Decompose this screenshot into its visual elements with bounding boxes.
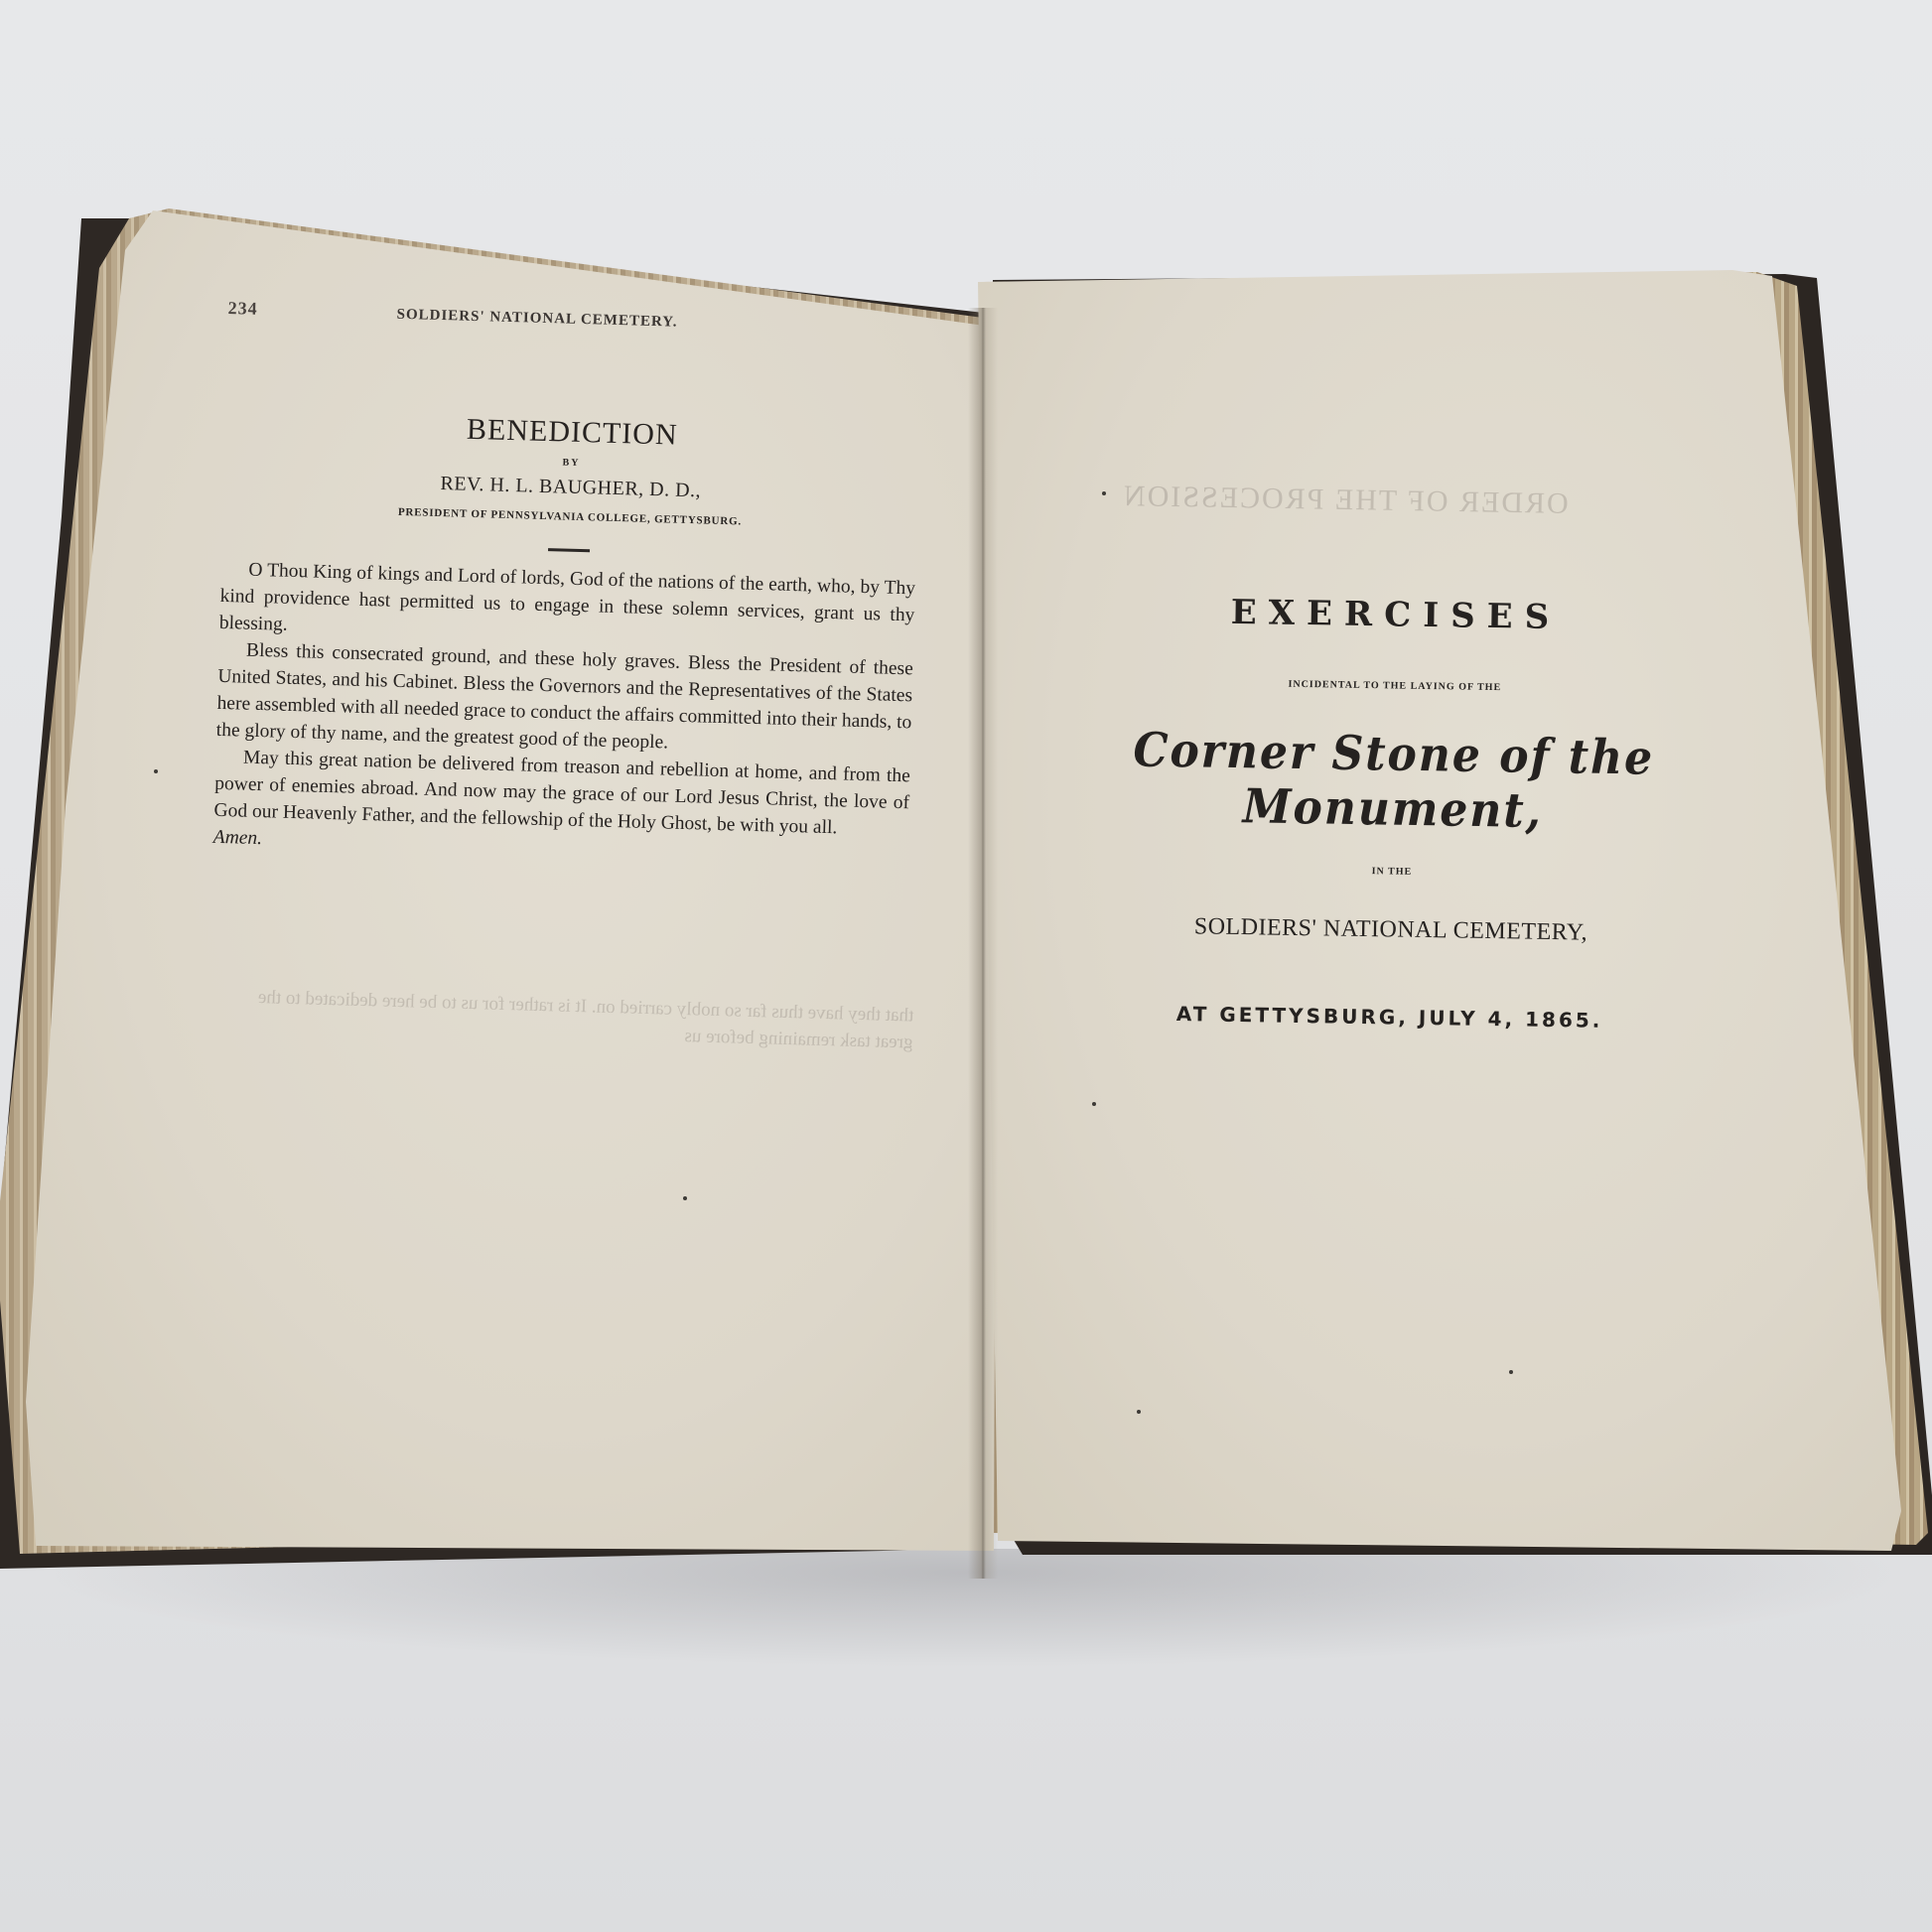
page-number: 234 <box>227 298 258 320</box>
paper-speck <box>1137 1410 1141 1414</box>
book-gutter <box>968 308 998 1579</box>
exercises-title: EXERCISES <box>1048 590 1744 640</box>
photo-scene: that they have thus far so nobly carried… <box>0 0 1932 1932</box>
paper-speck <box>154 769 158 773</box>
exercises-subtitle: INCIDENTAL TO THE LAYING OF THE <box>1047 675 1742 697</box>
running-head-title: SOLDIERS' NATIONAL CEMETERY. <box>396 307 677 332</box>
exercises-title-page: EXERCISES INCIDENTAL TO THE LAYING OF TH… <box>1041 357 1746 1035</box>
prayer-paragraph: Bless this consecrated ground, and these… <box>215 636 913 763</box>
corner-stone-title: Corner Stone of the Monument, <box>1045 722 1742 842</box>
cemetery-name: SOLDIERS' NATIONAL CEMETERY, <box>1043 911 1738 949</box>
author-affiliation: PRESIDENT OF PENNSYLVANIA COLLEGE, GETTY… <box>222 501 917 533</box>
paper-speck <box>1509 1370 1513 1374</box>
prayer-text: O Thou King of kings and Lord of lords, … <box>212 556 915 870</box>
section-rule <box>548 548 590 552</box>
paper-speck <box>683 1196 687 1200</box>
paper-speck <box>1102 491 1106 495</box>
in-the-label: IN THE <box>1044 861 1739 883</box>
benediction-page: 234 SOLDIERS' NATIONAL CEMETERY. BENEDIC… <box>212 298 922 870</box>
paper-speck <box>1092 1102 1096 1106</box>
